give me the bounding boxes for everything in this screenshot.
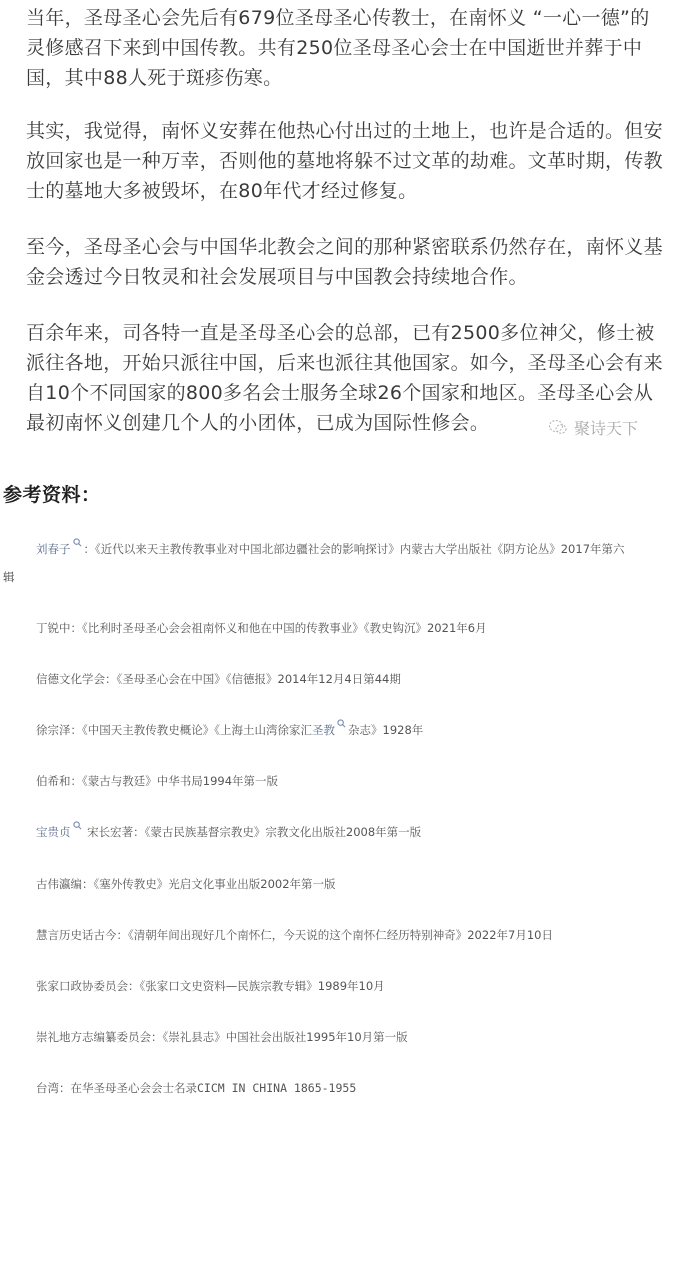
reference-item-1-wrap: 辑 xyxy=(3,569,15,585)
reference-text: 宋长宏著：《蒙古民族基督宗教史》宗教文化出版社2008年第一版 xyxy=(84,825,422,839)
references-heading: 参考资料： xyxy=(3,480,101,507)
reference-text: ：《近代以来天主教传教事业对中国北部边疆社会的影响探讨》内蒙古大学出版社《阴方论… xyxy=(84,542,625,556)
reference-link-shengjiao[interactable]: 圣教 xyxy=(312,723,335,737)
reference-item-5: 伯希和：《蒙古与教廷》中华书局1994年第一版 xyxy=(36,773,278,789)
search-icon[interactable] xyxy=(337,716,346,732)
search-icon[interactable] xyxy=(73,535,82,551)
paragraph-2: 其实，我觉得，南怀义安葬在他热心付出过的土地上，也许是合适的。但安放回家也是一种… xyxy=(26,116,666,206)
reference-item-6: 宝贵贞 宋长宏著：《蒙古民族基督宗教史》宗教文化出版社2008年第一版 xyxy=(36,824,421,840)
reference-item-4: 徐宗泽：《中国天主教传教史概论》《上海土山湾徐家汇圣教杂志》1928年 xyxy=(36,722,423,738)
reference-text: 杂志》1928年 xyxy=(348,723,423,737)
reference-item-3: 信德文化学会：《圣母圣心会在中国》《信德报》2014年12月4日第44期 xyxy=(36,671,401,687)
reference-item-8: 慧言历史话古今：《清朝年间出现好几个南怀仁，今天说的这个南怀仁经历特别神奇》20… xyxy=(36,927,553,943)
reference-link-bao-guizhen[interactable]: 宝贵贞 xyxy=(36,825,71,839)
paragraph-3: 至今，圣母圣心会与中国华北教会之间的那种紧密联系仍然存在，南怀义基金会透过今日牧… xyxy=(26,232,666,292)
reference-item-2: 丁锐中：《比利时圣母圣心会会祖南怀义和他在中国的传教事业》《教史钩沉》2021年… xyxy=(36,620,487,636)
wechat-icon xyxy=(548,419,568,435)
reference-item-9: 张家口政协委员会：《张家口文史资料—民族宗教专辑》1989年10月 xyxy=(36,978,385,994)
reference-item-7: 古伟瀛编：《塞外传教史》光启文化事业出版2002年第一版 xyxy=(36,876,336,892)
search-icon[interactable] xyxy=(73,818,82,834)
paragraph-1: 当年，圣母圣心会先后有679位圣母圣心传教士，在南怀义 “一心一德”的灵修感召下… xyxy=(26,3,666,93)
watermark-label: 聚诗天下 xyxy=(574,416,638,439)
reference-item-1: 刘春子：《近代以来天主教传教事业对中国北部边疆社会的影响探讨》内蒙古大学出版社《… xyxy=(36,541,625,557)
reference-item-10: 崇礼地方志编纂委员会：《崇礼县志》中国社会出版社1995年10月第一版 xyxy=(36,1029,408,1045)
reference-item-11: 台湾：在华圣母圣心会会士名录CICM IN CHINA 1865-1955 xyxy=(36,1080,356,1096)
watermark: 聚诗天下 xyxy=(548,416,638,438)
reference-text: 徐宗泽：《中国天主教传教史概论》《上海土山湾徐家汇 xyxy=(36,723,312,737)
reference-link-liu-chunzi[interactable]: 刘春子 xyxy=(36,542,71,556)
